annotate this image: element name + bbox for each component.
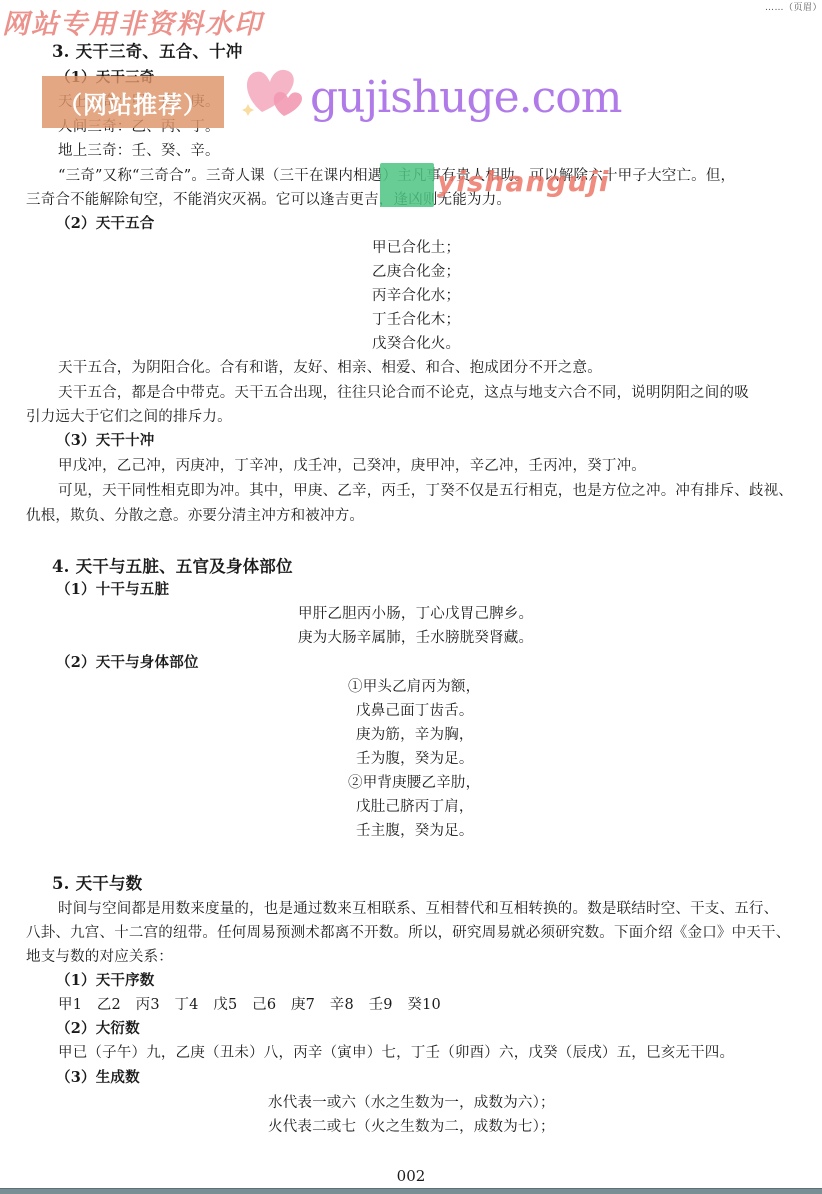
verse-line: 火代表二或七（火之生数为二，成数为七）； bbox=[268, 1117, 555, 1137]
sec4-sub1-title: （1）十干与五脏 bbox=[56, 580, 169, 600]
sec5-dayan: 甲已（子午）九，乙庚（丑未）八，丙辛（寅申）七，丁壬（卯酉）六，戊癸（辰戌）五，… bbox=[58, 1043, 734, 1063]
watermark-recommend-box: （网站推荐） bbox=[42, 76, 224, 128]
wechat-icon bbox=[380, 163, 434, 207]
sec5-sub3-title: （3）生成数 bbox=[56, 1068, 140, 1088]
sec5-para-line: 时间与空间都是用数来度量的，也是通过数来互相联系、互相替代和互相转换的。数是联结… bbox=[58, 899, 778, 919]
verse-line: ②甲背庚腰乙辛肋， bbox=[348, 773, 480, 793]
document-page: ……（页眉） 3. 天干三奇、五合、十冲 （1）天干三奇 天上三奇：甲、戊、庚。… bbox=[0, 0, 822, 1194]
watermark-yishanguji: yishanguji bbox=[437, 165, 609, 198]
sec5-para-line: 八卦、九宫、十二宫的纽带。任何周易预测术都离不开数。所以，研究周易就必须研究数。… bbox=[26, 923, 790, 943]
viewer-bottom-bar bbox=[0, 1188, 822, 1194]
sec5-sub2-title: （2）大衍数 bbox=[56, 1019, 140, 1039]
verse-line: 戊鼻己面丁齿舌。 bbox=[356, 701, 474, 721]
verse-line: 庚为筋，辛为胸， bbox=[356, 725, 474, 745]
verse-line: 壬为腹，癸为足。 bbox=[356, 749, 474, 769]
verse-line: 戊肚己脐丙丁肩， bbox=[356, 797, 474, 817]
verse-line: 庚为大肠辛属肺，壬水膀胱癸肾藏。 bbox=[298, 628, 533, 648]
sec3-sub1-line: 地上三奇：壬、癸、辛。 bbox=[58, 141, 220, 161]
verse-line: 甲肝乙胆丙小肠，丁心戊胃己脾乡。 bbox=[298, 604, 533, 624]
verse-line: 丙辛合化水； bbox=[372, 286, 460, 306]
watermark-top-left: 网站专用非资料水印 bbox=[2, 2, 263, 41]
sec3-para-line: 仇根，欺负、分散之意。亦要分清主冲方和被冲方。 bbox=[26, 506, 364, 526]
section-4-title: 4. 天干与五脏、五官及身体部位 bbox=[52, 557, 293, 577]
sec5-para-line: 地支与数的对应关系： bbox=[26, 947, 173, 967]
sec3-para-line: 引力远大于它们之间的排斥力。 bbox=[26, 407, 232, 427]
sec3-para-line: 天干五合，为阴阳合化。合有和谐，友好、相亲、相爱、和合、抱成团分不开之意。 bbox=[58, 358, 602, 378]
verse-line: 壬主腹，癸为足。 bbox=[356, 821, 474, 841]
verse-line: 丁壬合化木； bbox=[372, 310, 460, 330]
sec5-sub1-title: （1）天干序数 bbox=[56, 971, 155, 991]
verse-line: 水代表一或六（水之生数为一，成数为六）； bbox=[268, 1093, 555, 1113]
sec3-chong-list: 甲戊冲，乙己冲，丙庚冲，丁辛冲，戊壬冲，己癸冲，庚甲冲，辛乙冲，壬丙冲，癸丁冲。 bbox=[58, 456, 646, 476]
sec5-sequence: 甲1 乙2 丙3 丁4 戊5 己6 庚7 辛8 壬9 癸10 bbox=[58, 995, 441, 1015]
hearts-icon bbox=[240, 60, 310, 120]
page-number: 002 bbox=[0, 1167, 822, 1185]
section-5-title: 5. 天干与数 bbox=[52, 874, 142, 894]
verse-line: 甲已合化土； bbox=[372, 238, 460, 258]
section-3-title: 3. 天干三奇、五合、十冲 bbox=[52, 42, 243, 62]
sec4-sub2-title: （2）天干与身体部位 bbox=[56, 653, 199, 673]
sec3-para-line: 可见，天干同性相克即为冲。其中，甲庚、乙辛，丙壬，丁癸不仅是五行相克，也是方位之… bbox=[58, 481, 793, 501]
watermark-site-url: gujishuge.com bbox=[310, 72, 622, 123]
sec3-sub3-title: （3）天干十冲 bbox=[56, 431, 155, 451]
sec3-para-line: 天干五合，都是合中带克。天干五合出现，往往只论合而不论克，这点与地支六合不同，说… bbox=[58, 383, 749, 403]
running-header: ……（页眉） bbox=[765, 0, 822, 13]
verse-line: 戊癸合化火。 bbox=[372, 334, 460, 354]
verse-line: 乙庚合化金； bbox=[372, 262, 460, 282]
sec3-sub2-title: （2）天干五合 bbox=[56, 214, 155, 234]
verse-line: ①甲头乙肩丙为额， bbox=[348, 677, 480, 697]
